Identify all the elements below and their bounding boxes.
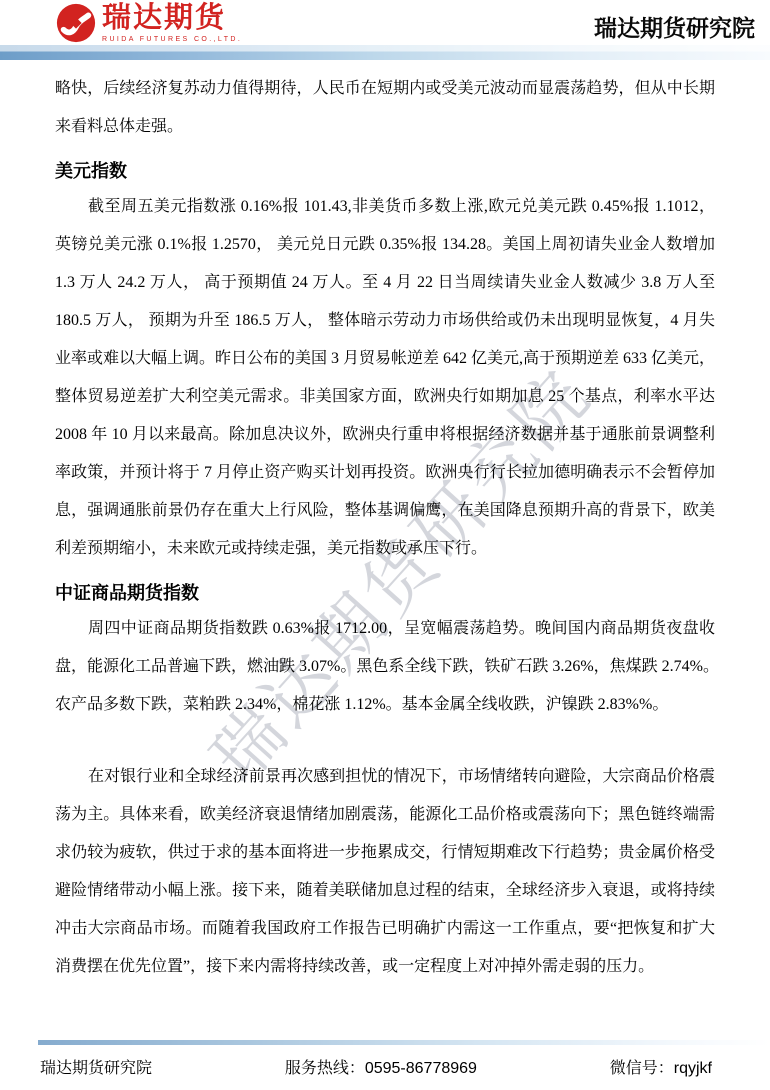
text-line: 求仍较为疲软，供过于求的基本面将进一步拖累成交，行情短期难改下行趋势；贵金属价格…	[55, 834, 715, 872]
text-line: 整体贸易逆差扩大利空美元需求。非美国家方面，欧洲央行如期加息 25 个基点，利率…	[55, 378, 715, 416]
text-line: 1.3 万人 24.2 万人， 高于预期值 24 万人。至 4 月 22 日当周…	[55, 264, 715, 302]
footer-org: 瑞达期货研究院	[40, 1055, 152, 1078]
text-line: 荡为主。具体来看，欧美经济衰退情绪加剧震荡，能源化工品价格或震荡向下；黑色链终端…	[55, 796, 715, 834]
footer: 瑞达期货研究院 服务热线：0595-86778969 微信号：rqyjkf	[0, 1040, 770, 1090]
csi-commodity-paragraph: 周四中证商品期货指数跌 0.63%报 1712.00，呈宽幅震荡趋势。晚间国内商…	[55, 610, 715, 724]
text-line: 英镑兑美元涨 0.1%报 1.2570， 美元兑日元跌 0.35%报 134.2…	[55, 226, 715, 264]
header-accent-bar	[0, 45, 770, 60]
text-line: 周四中证商品期货指数跌 0.63%报 1712.00，呈宽幅震荡趋势。晚间国内商…	[55, 610, 715, 648]
brand-name-en: RUIDA FUTURES CO.,LTD.	[102, 36, 242, 43]
text-line: 农产品多数下跌，菜粕跌 2.34%，棉花涨 1.12%。基本金属全线收跌，沪镍跌…	[55, 686, 715, 724]
intro-paragraph: 略快，后续经济复苏动力值得期待，人民币在短期内或受美元波动而显震荡趋势，但从中长…	[55, 70, 715, 146]
text-line: 在对银行业和全球经济前景再次感到担忧的情况下，市场情绪转向避险，大宗商品价格震	[55, 758, 715, 796]
text-line: 率政策，并预计将于 7 月停止资产购买计划再投资。欧洲央行行长拉加德明确表示不会…	[55, 454, 715, 492]
brand-name-cn: 瑞达期货	[102, 4, 242, 33]
text-line: 截至周五美元指数涨 0.16%报 101.43,非美货币多数上涨,欧元兑美元跌 …	[55, 188, 715, 226]
text-line: 避险情绪带动小幅上涨。接下来，随着美联储加息过程的结束，全球经济步入衰退，或将持…	[55, 872, 715, 910]
text-line: 息，强调通胀前景仍存在重大上行风险，整体基调偏鹰，在美国降息预期升高的背景下，欧…	[55, 492, 715, 530]
section-heading-usd-index: 美元指数	[55, 159, 715, 183]
text-line: 2008 年 10 月以来最高。除加息决议外，欧洲央行重申将根据经济数据并基于通…	[55, 416, 715, 454]
header: 瑞达期货 RUIDA FUTURES CO.,LTD. 瑞达期货研究院	[0, 0, 770, 60]
header-row: 瑞达期货 RUIDA FUTURES CO.,LTD. 瑞达期货研究院	[0, 0, 770, 45]
footer-wechat: 微信号：rqyjkf	[610, 1055, 712, 1078]
footer-hotline: 服务热线：0595-86778969	[285, 1055, 477, 1078]
text-line: 180.5 万人， 预期为升至 186.5 万人， 整体暗示劳动力市场供给或仍未…	[55, 302, 715, 340]
footer-row: 瑞达期货研究院 服务热线：0595-86778969 微信号：rqyjkf	[0, 1045, 770, 1090]
text-line: 消费摆在优先位置”，接下来内需将持续改善，或一定程度上对冲掉外需走弱的压力。	[55, 948, 715, 986]
brand-text: 瑞达期货 RUIDA FUTURES CO.,LTD.	[102, 4, 242, 43]
ruida-logo-icon	[55, 2, 97, 44]
analysis-paragraph: 在对银行业和全球经济前景再次感到担忧的情况下，市场情绪转向避险，大宗商品价格震 …	[55, 758, 715, 986]
text-line: 业率或难以大幅上调。昨日公布的美国 3 月贸易帐逆差 642 亿美元,高于预期逆…	[55, 340, 715, 378]
text-line: 冲击大宗商品市场。而随着我国政府工作报告已明确扩内需这一工作重点，要“把恢复和扩…	[55, 910, 715, 948]
text-line: 利差预期缩小，未来欧元或持续走强，美元指数或承压下行。	[55, 530, 715, 568]
usd-index-paragraph: 截至周五美元指数涨 0.16%报 101.43,非美货币多数上涨,欧元兑美元跌 …	[55, 188, 715, 568]
section-heading-csi-commodity-index: 中证商品期货指数	[55, 581, 715, 605]
text-line: 略快，后续经济复苏动力值得期待，人民币在短期内或受美元波动而显震荡趋势，但从中长…	[55, 70, 715, 108]
page-title: 瑞达期货研究院	[594, 10, 755, 44]
text-line: 盘，能源化工品普遍下跌，燃油跌 3.07%。黑色系全线下跌，铁矿石跌 3.26%…	[55, 648, 715, 686]
text-line: 来看料总体走强。	[55, 108, 715, 146]
page: 瑞达期货 RUIDA FUTURES CO.,LTD. 瑞达期货研究院 瑞达期货…	[0, 0, 770, 1090]
brand-logo: 瑞达期货 RUIDA FUTURES CO.,LTD.	[55, 2, 242, 44]
document-body: 略快，后续经济复苏动力值得期待，人民币在短期内或受美元波动而显震荡趋势，但从中长…	[0, 60, 770, 986]
